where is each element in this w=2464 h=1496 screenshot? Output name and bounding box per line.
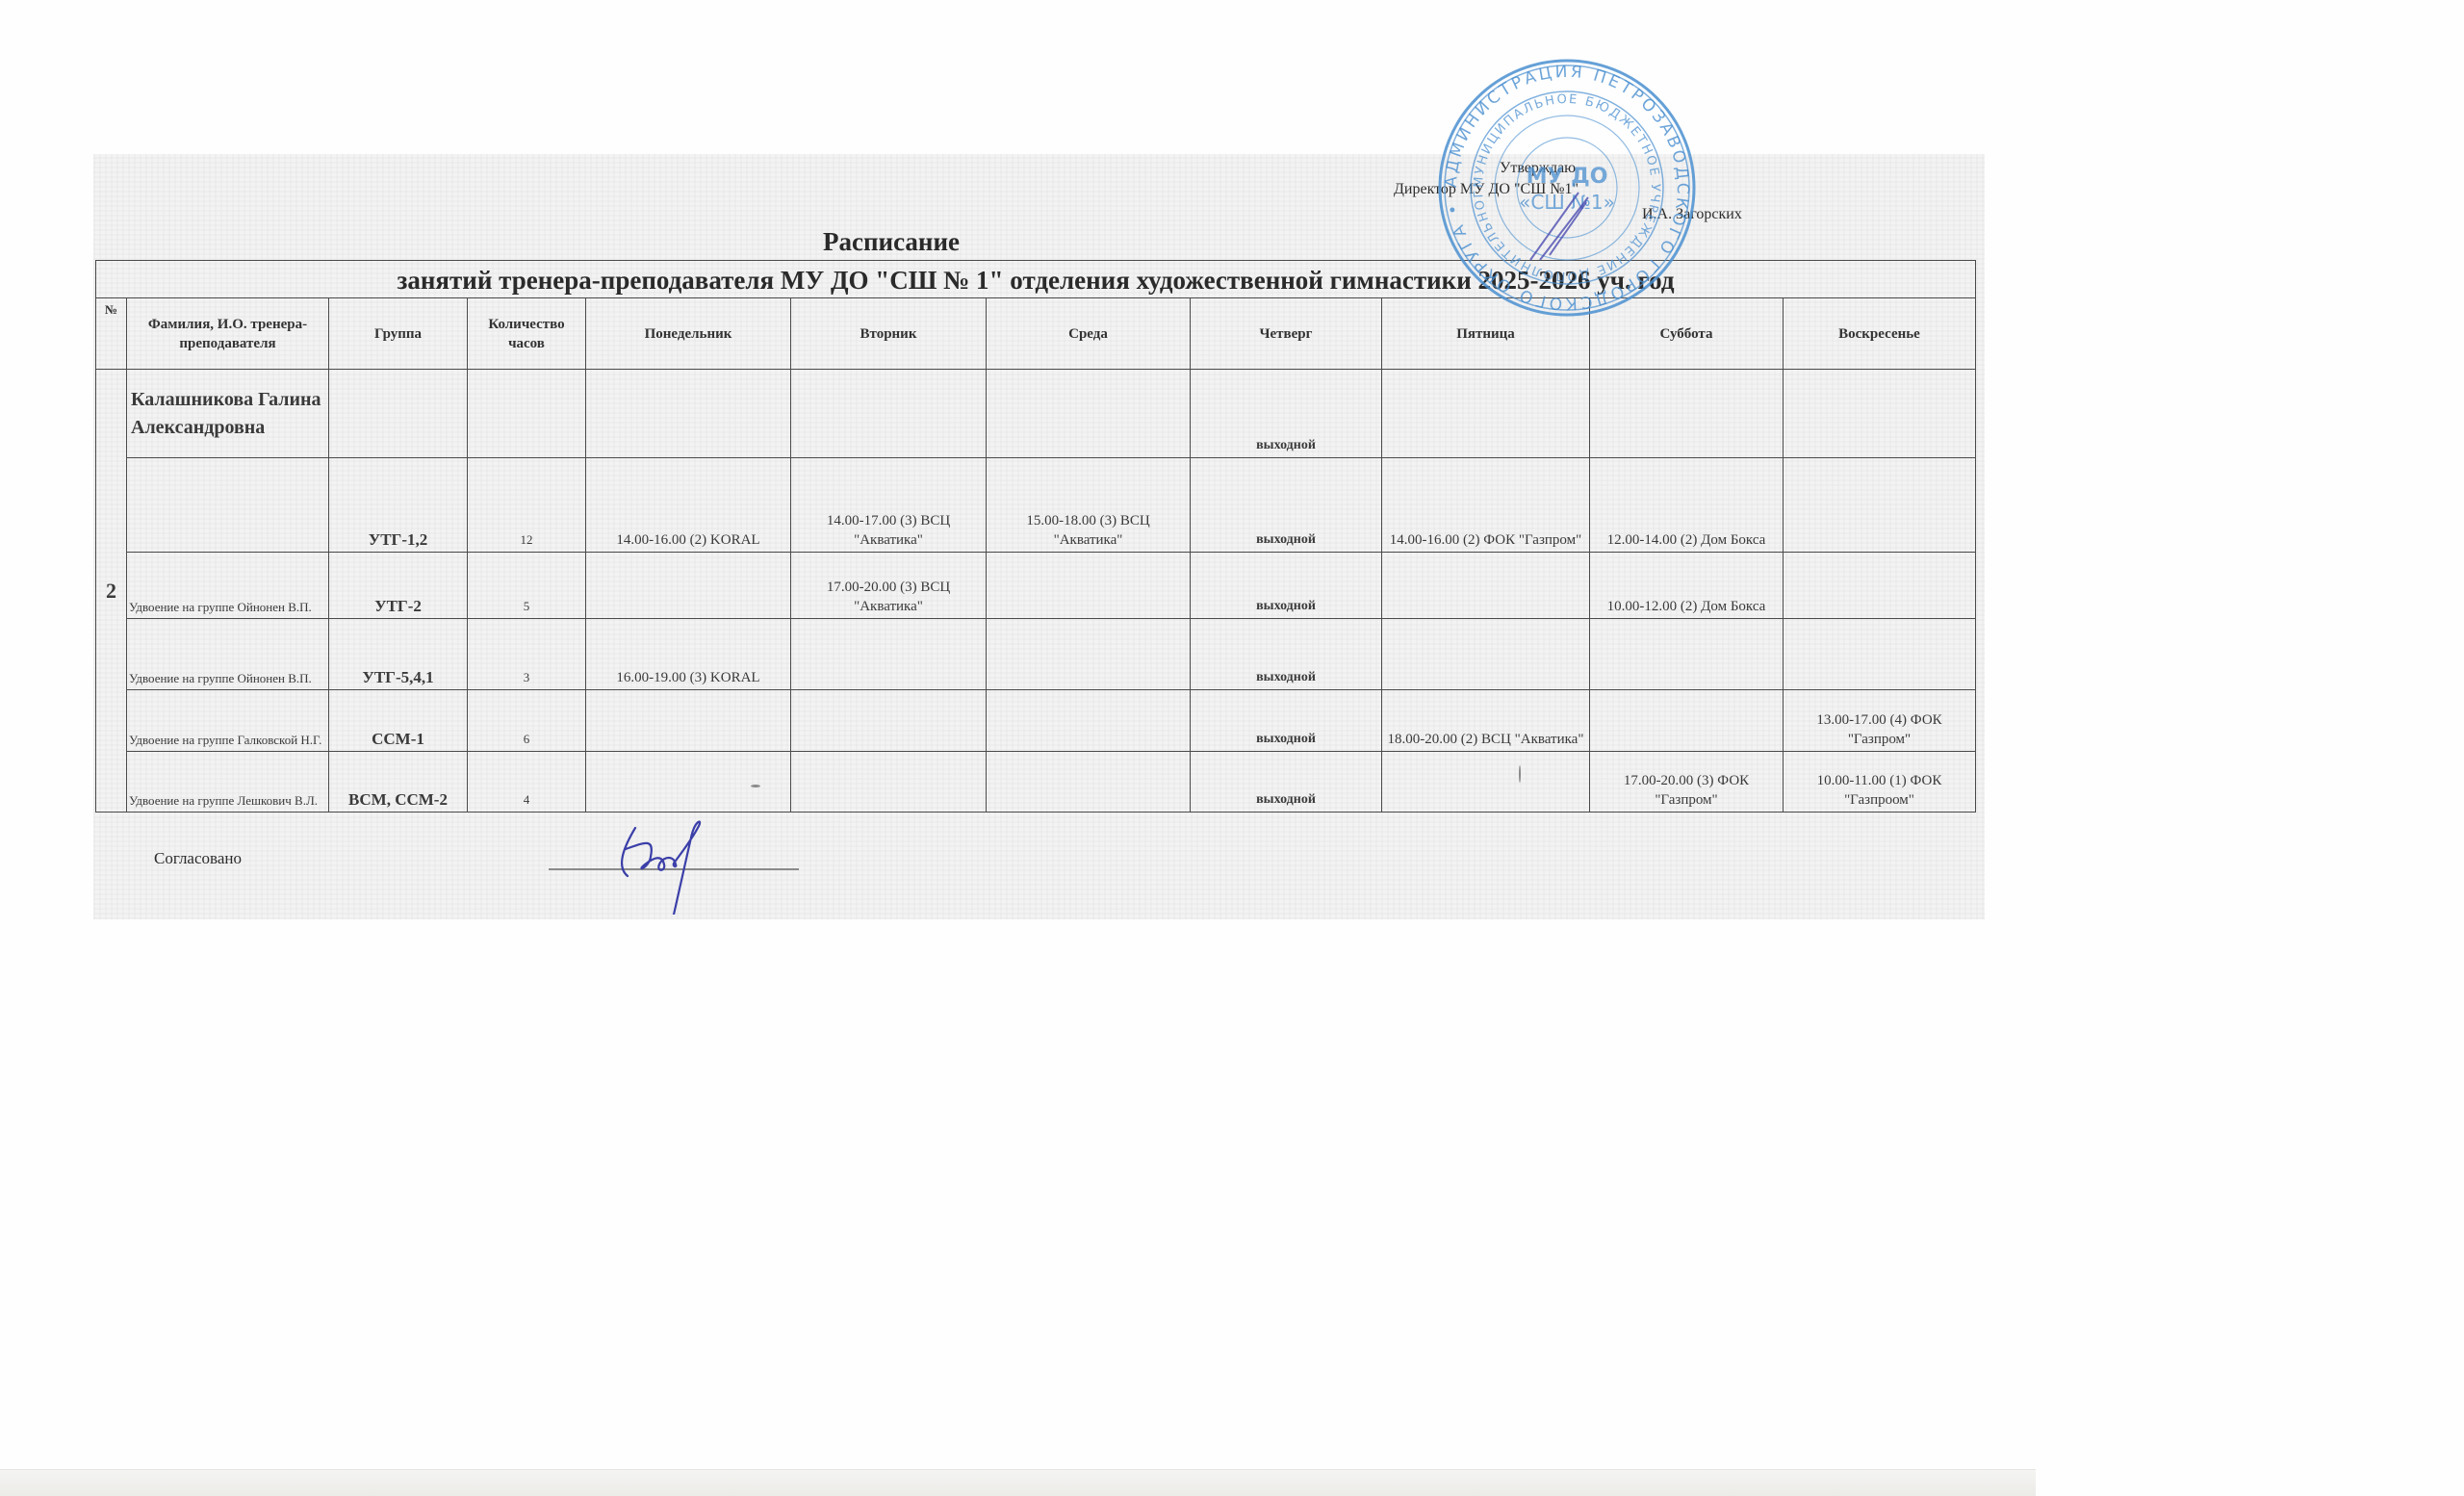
cell-saturday xyxy=(1590,690,1784,752)
scan-mark xyxy=(1519,765,1521,783)
header-monday: Понедельник xyxy=(586,298,791,370)
table-row: Удвоение на группе Ойнонен В.П.УТГ-5,4,1… xyxy=(96,619,1976,690)
cell-thursday: выходной xyxy=(1191,370,1382,458)
header-group: Группа xyxy=(329,298,468,370)
header-name: Фамилия, И.О. тренера-преподавателя xyxy=(127,298,329,370)
header-hours: Количество часов xyxy=(468,298,586,370)
cell-thursday: выходной xyxy=(1191,553,1382,619)
cell-name: Удвоение на группе Галковской Н.Г. xyxy=(127,690,329,752)
cell-saturday: 10.00-12.00 (2) Дом Бокса xyxy=(1590,553,1784,619)
cell-thursday: выходной xyxy=(1191,458,1382,553)
cell-sunday xyxy=(1784,458,1976,553)
table-row-trainer: 2 Калашникова Галина Александровна выход… xyxy=(96,370,1976,458)
header-tuesday: Вторник xyxy=(791,298,987,370)
cell-wednesday xyxy=(987,690,1191,752)
table-row: УТГ-1,21214.00-16.00 (2) KORAL14.00-17.0… xyxy=(96,458,1976,553)
cell-saturday xyxy=(1590,619,1784,690)
cell-monday: 16.00-19.00 (3) KORAL xyxy=(586,619,791,690)
cell-monday: 14.00-16.00 (2) KORAL xyxy=(586,458,791,553)
director-signature-icon xyxy=(1521,183,1607,270)
cell-wednesday xyxy=(987,619,1191,690)
cell-saturday: 12.00-14.00 (2) Дом Бокса xyxy=(1590,458,1784,553)
cell-tuesday: 17.00-20.00 (3) ВСЦ "Акватика" xyxy=(791,553,987,619)
cell-group: УТГ-5,4,1 xyxy=(329,619,468,690)
cell-hours: 6 xyxy=(468,690,586,752)
cell-name: Удвоение на группе Ойнонен В.П. xyxy=(127,619,329,690)
cell-friday xyxy=(1382,553,1590,619)
table-row: Удвоение на группе Галковской Н.Г.ССМ-16… xyxy=(96,690,1976,752)
cell-wednesday xyxy=(987,553,1191,619)
header-sunday: Воскресенье xyxy=(1784,298,1976,370)
cell-friday xyxy=(1382,752,1590,812)
cell-sunday xyxy=(1784,619,1976,690)
cell-hours: 5 xyxy=(468,553,586,619)
cell-monday xyxy=(586,553,791,619)
cell-thursday: выходной xyxy=(1191,690,1382,752)
cell-name: Удвоение на группе Лешкович В.Л. xyxy=(127,752,329,812)
cell-saturday: 17.00-20.00 (3) ФОК "Газпром" xyxy=(1590,752,1784,812)
cell-wednesday xyxy=(987,752,1191,812)
cell-thursday: выходной xyxy=(1191,619,1382,690)
cell-group: ССМ-1 xyxy=(329,690,468,752)
cell-friday: 18.00-20.00 (2) ВСЦ "Акватика" xyxy=(1382,690,1590,752)
cell-name: Удвоение на группе Ойнонен В.П. xyxy=(127,553,329,619)
row-number: 2 xyxy=(96,370,127,812)
cell-tuesday xyxy=(791,619,987,690)
signature-icon xyxy=(606,809,780,915)
scan-mark xyxy=(751,785,760,787)
cell-tuesday: 14.00-17.00 (3) ВСЦ "Акватика" xyxy=(791,458,987,553)
cell-group: УТГ-1,2 xyxy=(329,458,468,553)
table-row: Удвоение на группе Лешкович В.Л.ВСМ, ССМ… xyxy=(96,752,1976,812)
cell-monday xyxy=(586,752,791,812)
header-wednesday: Среда xyxy=(987,298,1191,370)
trainer-name: Калашникова Галина Александровна xyxy=(127,370,329,458)
cell-sunday xyxy=(1784,553,1976,619)
cell-tuesday xyxy=(791,690,987,752)
table-row: Удвоение на группе Ойнонен В.П.УТГ-2517.… xyxy=(96,553,1976,619)
cell-wednesday: 15.00-18.00 (3) ВСЦ "Акватика" xyxy=(987,458,1191,553)
scanner-edge-strip xyxy=(0,1469,2036,1496)
cell-tuesday xyxy=(791,752,987,812)
cell-hours: 12 xyxy=(468,458,586,553)
cell-sunday: 10.00-11.00 (1) ФОК "Газпроом" xyxy=(1784,752,1976,812)
header-thursday: Четверг xyxy=(1191,298,1382,370)
document-title: Расписание xyxy=(823,227,960,257)
cell-friday: 14.00-16.00 (2) ФОК "Газпром" xyxy=(1382,458,1590,553)
cell-sunday: 13.00-17.00 (4) ФОК "Газпром" xyxy=(1784,690,1976,752)
cell-hours: 4 xyxy=(468,752,586,812)
cell-name xyxy=(127,458,329,553)
cell-thursday: выходной xyxy=(1191,752,1382,812)
cell-hours: 3 xyxy=(468,619,586,690)
agreed-label: Согласовано xyxy=(154,849,242,868)
cell-group: ВСМ, ССМ-2 xyxy=(329,752,468,812)
cell-friday xyxy=(1382,619,1590,690)
header-num: № xyxy=(96,298,127,370)
cell-monday xyxy=(586,690,791,752)
schedule-table: занятий тренера-преподавателя МУ ДО "СШ … xyxy=(95,260,1976,812)
cell-group: УТГ-2 xyxy=(329,553,468,619)
